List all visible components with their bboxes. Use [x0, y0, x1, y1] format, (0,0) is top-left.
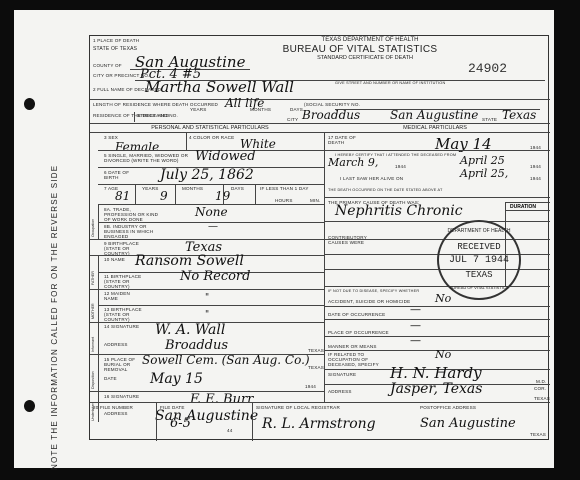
occurred-label: THE DEATH OCCURRED ON THE DATE STATED AB… [328, 188, 442, 193]
physician-address-label: ADDRESS [328, 389, 352, 394]
age-months: 9 [160, 189, 168, 203]
occupation-related-label: IF RELATED TO OCCUPATION OF DECEASED, SP… [328, 352, 388, 367]
cor-label: COR. [534, 386, 546, 391]
occupation-side-label: Occupation [91, 219, 95, 237]
age-years-label: YEARS [142, 186, 159, 191]
last-saw-date: April 25, [460, 167, 508, 180]
last-saw-year: 1944 [530, 176, 541, 181]
county-label: COUNTY OF [93, 63, 122, 68]
years-label: YEARS [190, 107, 207, 112]
place-of-death-label: 1 PLACE OF DEATH [93, 38, 139, 43]
stamp-top-text: DEPARTMENT OF HEALTH [439, 228, 519, 234]
residence-city-label: CITY [287, 117, 298, 122]
contributory-label: CONTRIBUTORY CAUSES WERE [328, 235, 378, 245]
age-less-label: IF LESS THAN 1 DAY [260, 186, 309, 191]
residence-county: San Augustine [390, 108, 478, 122]
primary-cause: Nephritis Chronic [335, 203, 463, 219]
residence-length-value: All life [225, 96, 264, 110]
age-months-label: MONTHS [182, 186, 203, 191]
postoffice-value: San Augustine [420, 416, 516, 431]
bureau-title: BUREAU OF VITAL STATISTICS [240, 44, 480, 55]
mother-side-label: MOTHER [91, 303, 95, 319]
residence-city: Broaddus [302, 108, 360, 122]
informant-address-label: ADDRESS [104, 342, 128, 347]
punch-hole [24, 98, 35, 110]
father-birthplace-label: 11 BIRTHPLACE (STATE OR COUNTRY) [104, 274, 154, 289]
texas-label: TEXAS [530, 432, 546, 437]
informant-signature-label: 14 SIGNATURE [104, 324, 139, 329]
attended-from: March 9, [328, 156, 378, 169]
sex-value: Female [115, 140, 159, 154]
manner-label: MANNER OR MEANS [328, 344, 377, 349]
burial-place: Sowell Cem. (San Aug. Co.) [142, 353, 310, 367]
occupation-related: No [435, 348, 451, 361]
stamp-received: RECEIVED [439, 242, 519, 252]
texas-label: TEXAS [534, 396, 550, 401]
occurrence-place-label: PLACE OF OCCURRENCE [328, 330, 389, 335]
disposition-side-label: Disposition [91, 371, 95, 389]
informant-side-label: Informant [91, 337, 95, 352]
father-name-label: 10 NAME [104, 257, 125, 262]
not-disease-label: IF NOT DUE TO DISEASE, SPECIFY WHETHER [328, 289, 419, 294]
mother-birthplace: " [205, 310, 209, 320]
physician-signature-label: SIGNATURE [328, 372, 356, 377]
industry-value: — [208, 221, 218, 232]
color-label: 4 COLOR OR RACE [189, 135, 234, 140]
industry-label: 8B. INDUSTRY OR BUSINESS IN WHICH ENGAGE… [104, 224, 164, 239]
accident-value: No [435, 292, 451, 305]
registrar-label: SIGNATURE OF LOCAL REGISTRAR [256, 405, 340, 410]
father-birthplace: No Record [180, 269, 250, 284]
stamp-bottom-text: BUREAU OF VITAL STATISTICS [439, 285, 519, 290]
file-number-label: 20 FILE NUMBER [93, 405, 133, 410]
texas-label: TEXAS [308, 348, 324, 353]
dept-title: TEXAS DEPARTMENT OF HEALTH [270, 37, 470, 43]
burial-label: 15 PLACE OF BURIAL OR REMOVAL [104, 357, 139, 372]
age-hours-label: HOURS [275, 198, 293, 203]
undertaker-signature: F. E. Burr [190, 392, 253, 407]
age-days-label: DAYS [231, 186, 244, 191]
ssn-label: (SOCIAL SECURITY NO. [304, 102, 360, 107]
residence-state-label: STATE [482, 117, 497, 122]
attended-to-year: 1944 [530, 164, 541, 169]
occupation-label: 8A. TRADE, PROFESSION OR KIND OF WORK DO… [104, 207, 164, 222]
marital-label: 5 SINGLE, MARRIED, WIDOWED OR DIVORCED (… [104, 153, 194, 163]
undertaker-address-label: ADDRESS [104, 411, 128, 416]
attended-from-year: 1944 [395, 164, 406, 169]
occupation-value: None [195, 205, 228, 219]
street-no-label: STREET AND NO. [137, 113, 178, 118]
stamp-state: TEXAS [439, 270, 519, 280]
last-saw-label: I LAST SAW HER ALIVE ON [340, 176, 403, 181]
certificate-number: 24902 [468, 61, 507, 76]
registrar-signature: R. L. Armstrong [262, 416, 376, 432]
physician-address: Jasper, Texas [390, 381, 482, 397]
reverse-side-note: NOTE THE INFORMATION CALLED FOR ON THE R… [50, 165, 59, 470]
informant-signature: W. A. Wall [155, 322, 225, 338]
marital-value: Widowed [195, 149, 256, 164]
file-date-label: FILE DATE [160, 405, 185, 410]
informant-address: Broaddus [165, 338, 228, 353]
state-of-texas-label: STATE OF TEXAS [93, 47, 137, 52]
mother-birthplace-label: 13 BIRTHPLACE (STATE OR COUNTRY) [104, 307, 154, 322]
personal-section-title: PERSONAL AND STATISTICAL PARTICULARS [100, 125, 320, 131]
occurrence-date-label: DATE OF OCCURRENCE [328, 312, 385, 317]
street-label: GIVE STREET AND NUMBER OR NAME OF INSTIT… [335, 81, 445, 86]
undertaker-signature-label: 16 SIGNATURE [104, 394, 139, 399]
manner-value: — [410, 334, 421, 347]
postoffice-label: POSTOFFICE ADDRESS [420, 405, 476, 410]
father-name: Ransom Sowell [135, 253, 244, 269]
texas-label: TEXAS [308, 365, 324, 370]
age-min-label: MIN. [310, 198, 321, 203]
dob-label: 6 DATE OF BIRTH [104, 170, 134, 180]
mother-maiden: " [205, 293, 209, 303]
mother-maiden-label: 12 MAIDEN NAME [104, 291, 144, 301]
attended-to: April 25 [460, 154, 505, 167]
medical-section-title: MEDICAL PARTICULARS [330, 125, 540, 131]
death-date-label: 17 DATE OF DEATH [328, 135, 368, 145]
burial-date: May 15 [150, 371, 203, 387]
father-side-label: FATHER [91, 271, 95, 285]
deceased-name: Martha Sowell Wall [145, 78, 294, 96]
occurrence-date: — [410, 303, 421, 316]
dob-value: July 25, 1862 [160, 167, 254, 183]
physician-signature: H. N. Hardy [390, 364, 482, 382]
burial-date-label: DATE [104, 376, 117, 381]
punch-hole [24, 400, 35, 412]
file-year: 44 [227, 428, 233, 433]
age-years: 81 [115, 189, 130, 203]
burial-year: 1944 [305, 384, 316, 389]
received-stamp: DEPARTMENT OF HEALTH RECEIVED JUL 7 1944… [437, 220, 521, 300]
certificate-title: STANDARD CERTIFICATE OF DEATH [260, 55, 470, 61]
residence-state: Texas [502, 108, 536, 122]
accident-label: ACCIDENT, SUICIDE OR HOMICIDE [328, 299, 410, 304]
file-date: 6-5 [170, 416, 191, 431]
stamp-date: JUL 7 1944 [439, 255, 519, 266]
occurrence-place: — [410, 319, 421, 332]
